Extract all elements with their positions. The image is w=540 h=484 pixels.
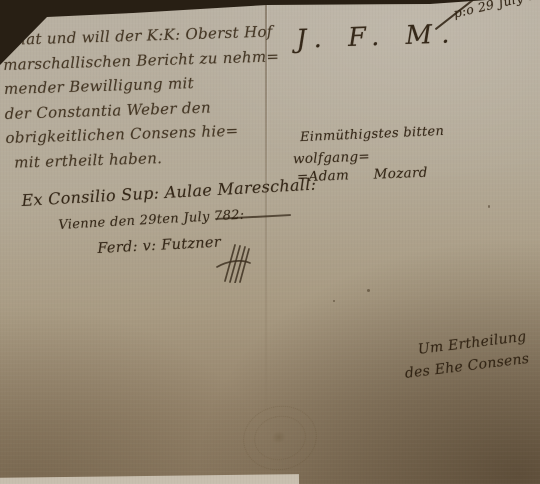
petition-line: Einmüthigstes bitten: [300, 124, 445, 145]
resolution-block: Fiat und will der K:K: Oberst Hof marsch…: [2, 19, 283, 175]
signature-line: Ferd: v: Futzner: [97, 235, 221, 257]
heading-initials: J. F. M.: [296, 19, 459, 55]
paper-sheet: Fiat und will der K:K: Oberst Hof marsch…: [0, 0, 540, 484]
signature-flourish-icon: [211, 241, 251, 283]
ink-stamp: [237, 399, 323, 477]
filing-note: p:o 29 July 78: [452, 0, 540, 21]
ink-speck: [488, 205, 490, 208]
underlying-sheet-edge: [0, 474, 299, 484]
ink-speck: [367, 289, 370, 292]
ink-speck: [333, 300, 335, 302]
manuscript-photo: Fiat und will der K:K: Oberst Hof marsch…: [0, 0, 540, 484]
council-line: Ex Consilio Sup: Aulae Mareschall:: [21, 175, 317, 210]
petition-line: wolfgang=: [293, 149, 371, 168]
council-date-line: Vienne den 29ten July 782:: [58, 208, 245, 233]
petition-line: =Adam Mozard: [297, 165, 428, 186]
